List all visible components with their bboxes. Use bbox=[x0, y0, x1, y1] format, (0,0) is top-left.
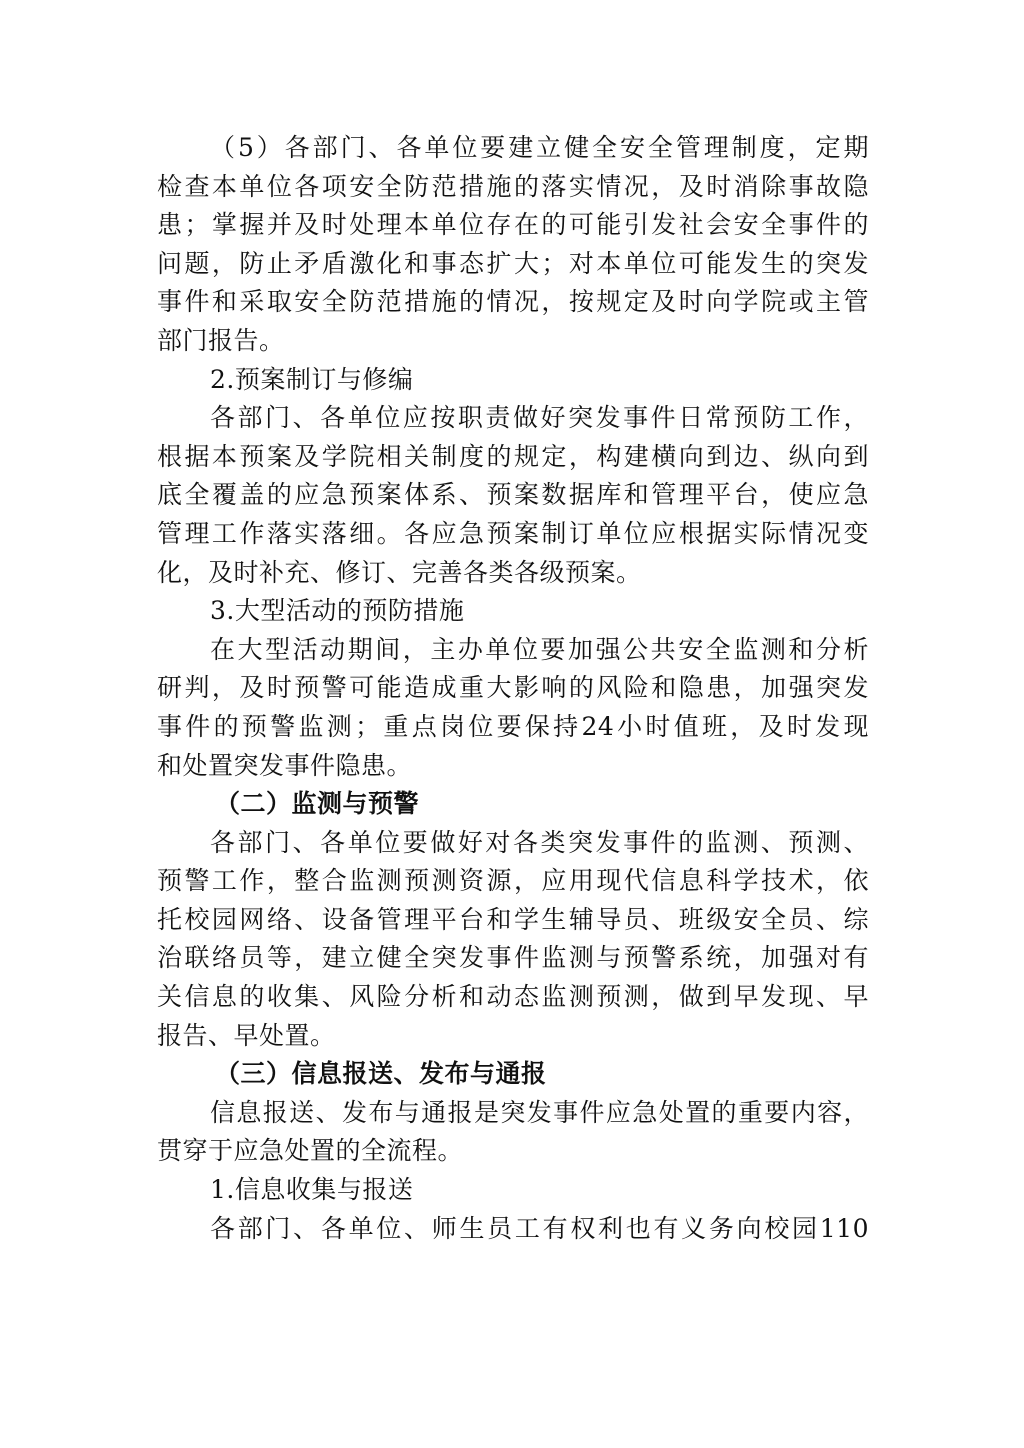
paragraph-monitoring-warning-line: 预警工作，整合监测预测资源，应用现代信息科学技术，依 bbox=[157, 862, 869, 901]
paragraph-large-event-prevention-line: 事件的预警监测；重点岗位要保持24小时值班，及时发现 bbox=[157, 708, 869, 747]
paragraph-monitoring-warning-line: 托校园网络、设备管理平台和学生辅导员、班级安全员、综 bbox=[157, 901, 869, 940]
paragraph-plan-formulation-line: 化，及时补充、修订、完善各类各级预案。 bbox=[157, 554, 869, 593]
document-page: （5）各部门、各单位要建立健全安全管理制度，定期检查本单位各项安全防范措施的落实… bbox=[157, 129, 869, 1248]
paragraph-5-safety-management-line: （5）各部门、各单位要建立健全安全管理制度，定期 bbox=[157, 129, 869, 168]
paragraph-large-event-prevention-line: 在大型活动期间，主办单位要加强公共安全监测和分析 bbox=[157, 631, 869, 670]
paragraph-5-safety-management-line: 事件和采取安全防范措施的情况，按规定及时向学院或主管 bbox=[157, 283, 869, 322]
paragraph-5-safety-management-line: 部门报告。 bbox=[157, 322, 869, 361]
paragraph-5-safety-management-line: 患；掌握并及时处理本单位存在的可能引发社会安全事件的 bbox=[157, 206, 869, 245]
paragraph-large-event-prevention-line: 和处置突发事件隐患。 bbox=[157, 747, 869, 786]
paragraph-plan-formulation-line: 管理工作落实落细。各应急预案制订单位应根据实际情况变 bbox=[157, 515, 869, 554]
paragraph-monitoring-warning-line: 关信息的收集、风险分析和动态监测预测，做到早发现、早 bbox=[157, 978, 869, 1017]
paragraph-5-safety-management-line: 问题，防止矛盾激化和事态扩大；对本单位可能发生的突发 bbox=[157, 245, 869, 284]
paragraph-plan-formulation-line: 根据本预案及学院相关制度的规定，构建横向到边、纵向到 bbox=[157, 438, 869, 477]
paragraph-monitoring-warning-line: 各部门、各单位要做好对各类突发事件的监测、预测、 bbox=[157, 824, 869, 863]
paragraph-monitoring-warning-line: 治联络员等，建立健全突发事件监测与预警系统，加强对有 bbox=[157, 939, 869, 978]
paragraph-large-event-prevention-line: 研判，及时预警可能造成重大影响的风险和隐患，加强突发 bbox=[157, 669, 869, 708]
paragraph-info-reporting-line: 信息报送、发布与通报是突发事件应急处置的重要内容， bbox=[157, 1094, 869, 1133]
subhead-info-collection: 1.信息收集与报送 bbox=[157, 1171, 869, 1210]
subhead-plan-formulation: 2.预案制订与修编 bbox=[157, 361, 869, 400]
heading-monitoring-warning: （二）监测与预警 bbox=[157, 785, 869, 824]
paragraph-monitoring-warning-line: 报告、早处置。 bbox=[157, 1017, 869, 1056]
paragraph-plan-formulation-line: 底全覆盖的应急预案体系、预案数据库和管理平台，使应急 bbox=[157, 476, 869, 515]
paragraph-info-collection-line: 各部门、各单位、师生员工有权利也有义务向校园110 bbox=[157, 1210, 869, 1249]
heading-info-reporting: （三）信息报送、发布与通报 bbox=[157, 1055, 869, 1094]
subhead-large-event-prevention: 3.大型活动的预防措施 bbox=[157, 592, 869, 631]
paragraph-5-safety-management-line: 检查本单位各项安全防范措施的落实情况，及时消除事故隐 bbox=[157, 168, 869, 207]
paragraph-plan-formulation-line: 各部门、各单位应按职责做好突发事件日常预防工作， bbox=[157, 399, 869, 438]
paragraph-info-reporting-line: 贯穿于应急处置的全流程。 bbox=[157, 1132, 869, 1171]
